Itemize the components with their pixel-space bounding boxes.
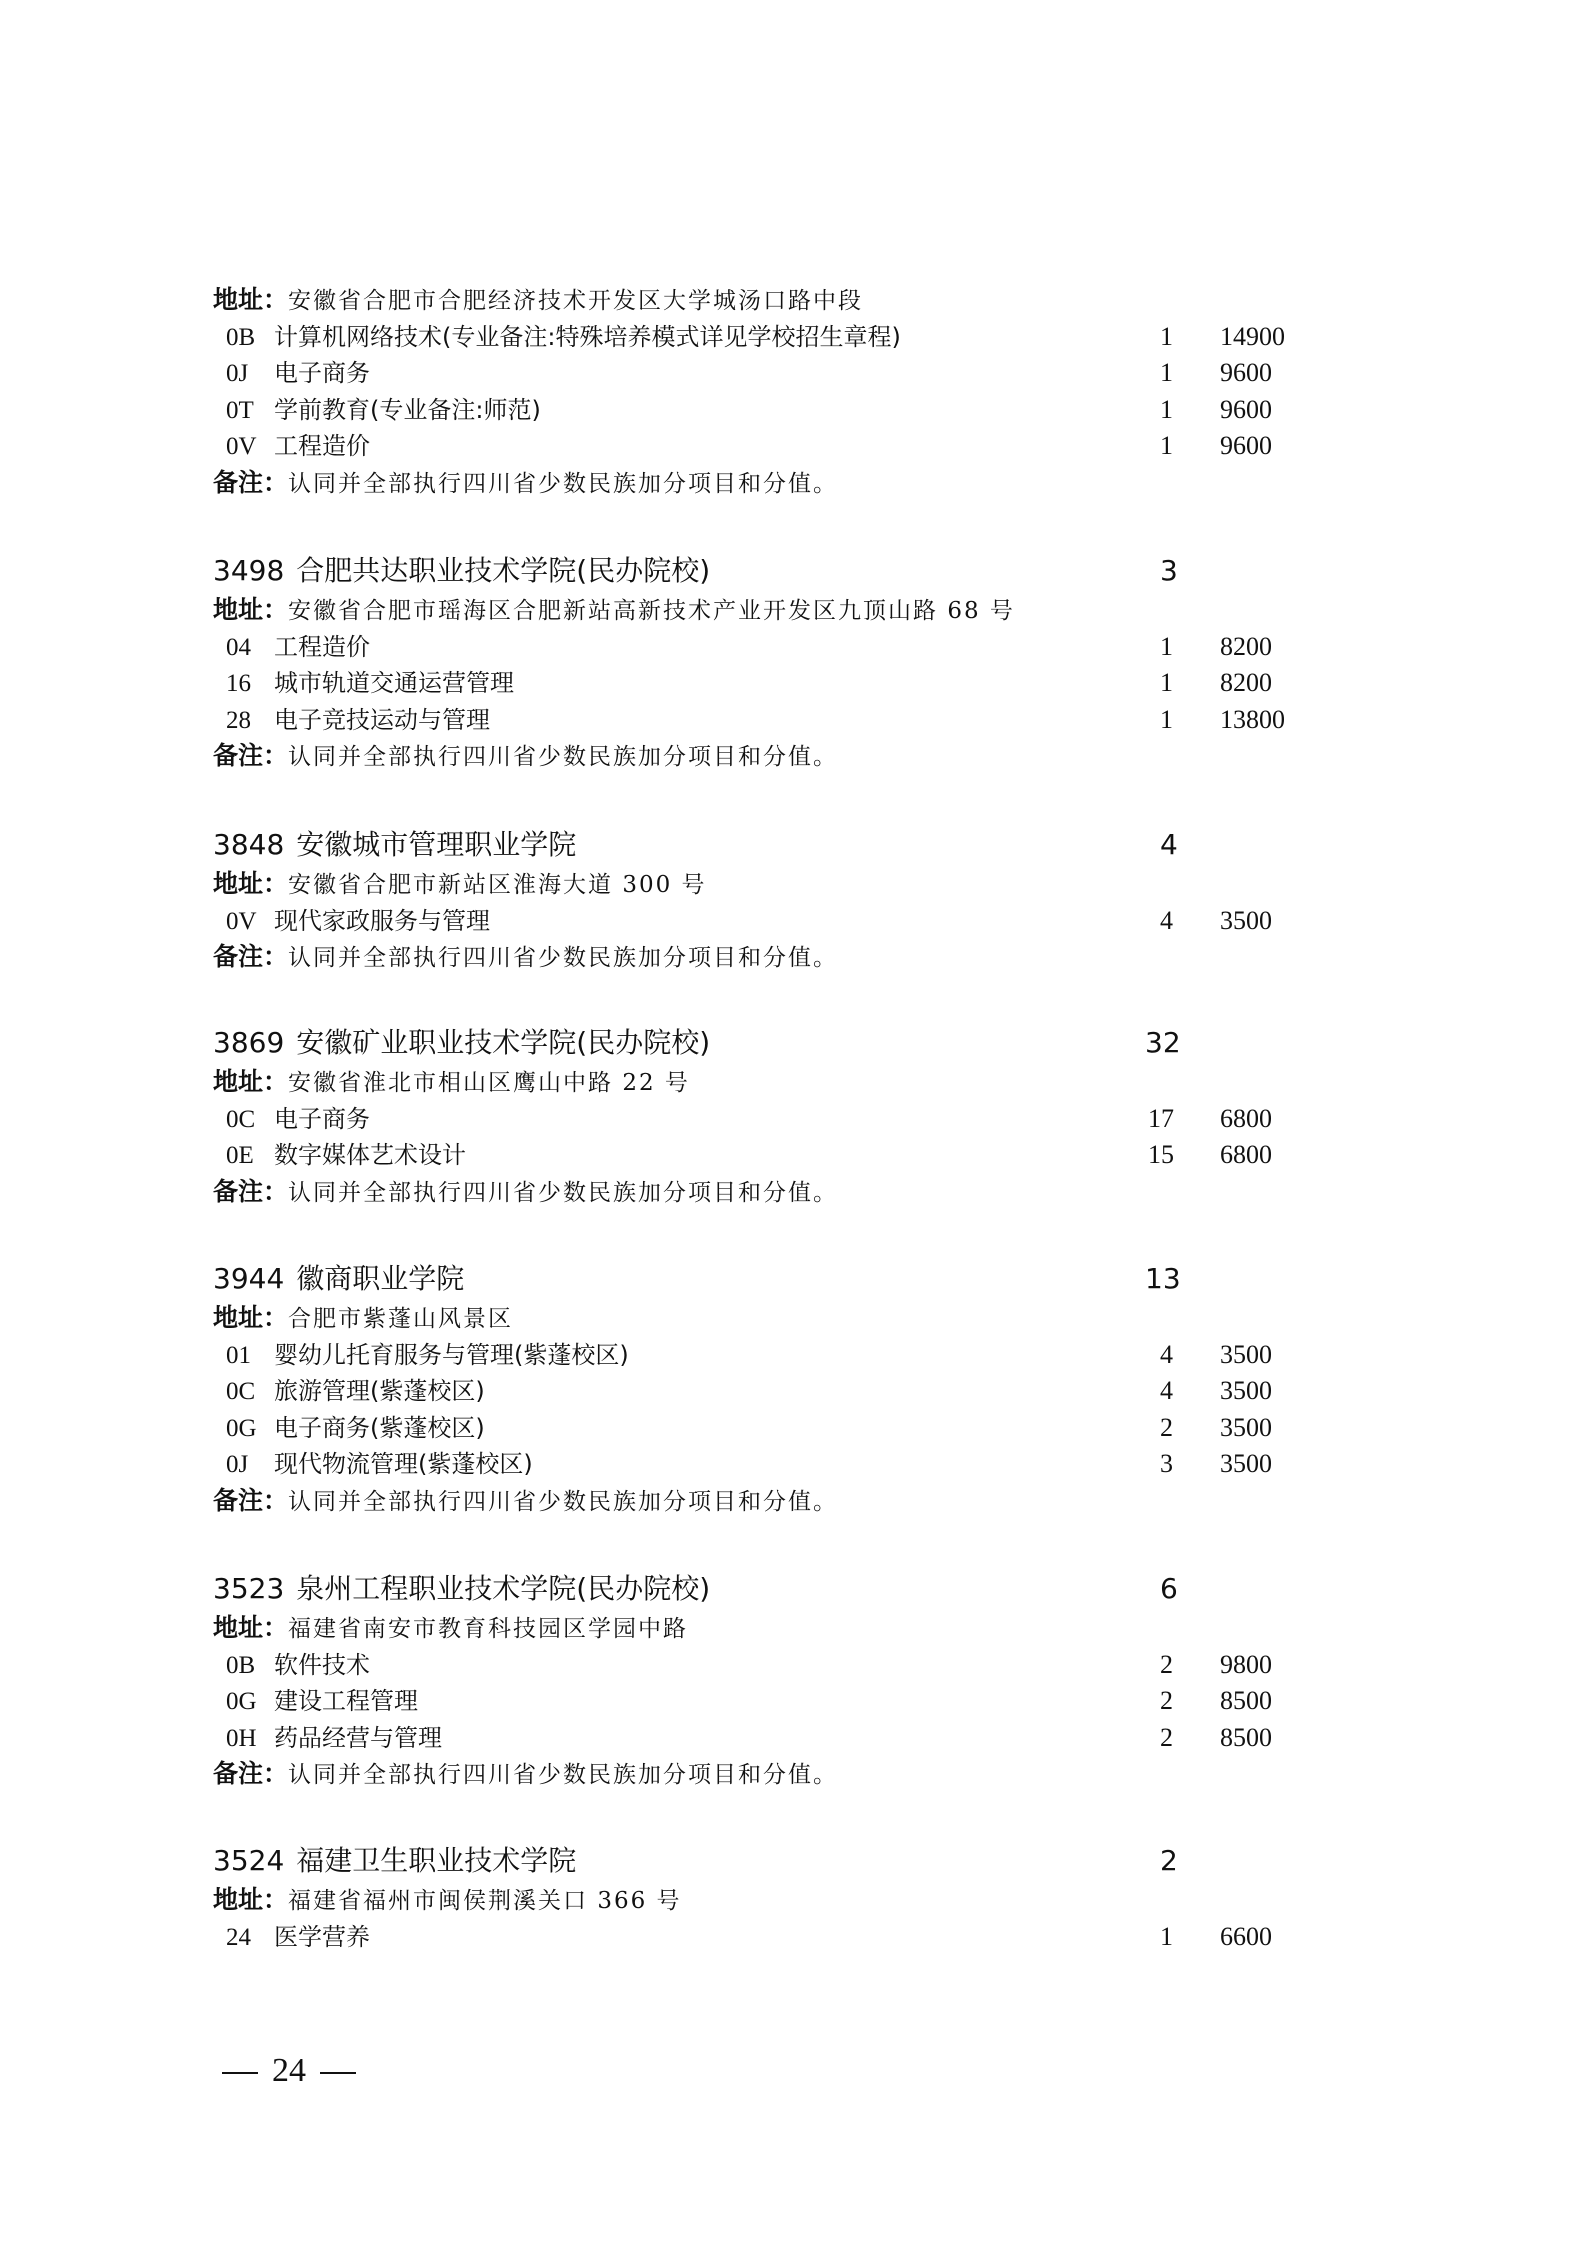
school-name: 安徽城市管理职业学院	[296, 828, 576, 861]
footer-dash-right	[320, 2072, 356, 2074]
school-name: 徽商职业学院	[296, 1262, 464, 1295]
school-block-3523: 3523泉州工程职业技术学院(民办院校) 6 地址：福建省南安市教育科技园区学园…	[213, 1568, 1333, 1793]
major-name: 电子商务	[274, 1105, 370, 1133]
major-count: 2	[1160, 1647, 1220, 1684]
major-row: 0T学前教育(专业备注:师范) 19600	[213, 392, 1333, 429]
school-header: 3498合肥共达职业技术学院(民办院校) 3	[213, 550, 1333, 592]
major-code: 0B	[213, 1648, 274, 1685]
major-code: 0G	[213, 1411, 274, 1448]
major-count: 1	[1160, 428, 1220, 465]
major-name: 城市轨道交通运营管理	[274, 669, 514, 697]
major-row: 16城市轨道交通运营管理 18200	[213, 665, 1333, 702]
major-row: 0V工程造价 19600	[213, 428, 1333, 465]
note-line: 备注：认同并全部执行四川省少数民族加分项目和分值。	[213, 939, 1333, 976]
school-code: 3944	[213, 1262, 284, 1295]
address-line: 地址：合肥市紫蓬山风景区	[213, 1300, 1333, 1337]
address-label: 地址：	[213, 1067, 288, 1096]
major-name: 医学营养	[274, 1923, 370, 1951]
major-code: 0E	[213, 1138, 274, 1175]
major-name: 现代家政服务与管理	[274, 907, 490, 935]
major-name: 电子竞技运动与管理	[274, 706, 490, 734]
address-label: 地址：	[213, 1885, 288, 1914]
school-total: 6	[1160, 1568, 1178, 1610]
major-code: 0C	[213, 1102, 274, 1139]
address-line: 地址：安徽省合肥市合肥经济技术开发区大学城汤口路中段	[213, 282, 1333, 319]
major-fee: 9600	[1220, 392, 1272, 429]
major-fee: 8200	[1220, 665, 1272, 702]
note-text: 认同并全部执行四川省少数民族加分项目和分值。	[288, 1180, 838, 1206]
school-header: 3848安徽城市管理职业学院 4	[213, 824, 1333, 866]
major-code: 04	[213, 630, 274, 667]
major-fee: 3500	[1220, 1446, 1272, 1483]
school-block-3524: 3524福建卫生职业技术学院 2 地址：福建省福州市闽侯荆溪关口 366 号 2…	[213, 1840, 1333, 1955]
major-code: 0G	[213, 1684, 274, 1721]
school-name: 泉州工程职业技术学院(民办院校)	[296, 1572, 710, 1605]
address-text: 福建省南安市教育科技园区学园中路	[288, 1616, 688, 1642]
page-footer: 24	[208, 2052, 370, 2090]
school-header: 3524福建卫生职业技术学院 2	[213, 1840, 1333, 1882]
address-text: 安徽省合肥市瑶海区合肥新站高新技术产业开发区九顶山路 68 号	[288, 598, 1015, 624]
major-row: 0B计算机网络技术(专业备注:特殊培养模式详见学校招生章程) 114900	[213, 319, 1333, 356]
major-fee: 3500	[1220, 903, 1272, 940]
note-label: 备注：	[213, 1486, 288, 1515]
school-total: 3	[1160, 550, 1178, 592]
major-name: 计算机网络技术(专业备注:特殊培养模式详见学校招生章程)	[274, 323, 901, 351]
school-block-3869: 3869安徽矿业职业技术学院(民办院校) 32 地址：安徽省淮北市相山区鹰山中路…	[213, 1022, 1333, 1210]
major-name: 工程造价	[274, 432, 370, 460]
major-row: 0J现代物流管理(紫蓬校区) 33500	[213, 1446, 1333, 1483]
school-block-3944: 3944徽商职业学院 13 地址：合肥市紫蓬山风景区 01婴幼儿托育服务与管理(…	[213, 1258, 1333, 1519]
major-name: 软件技术	[274, 1651, 370, 1679]
major-fee: 3500	[1220, 1373, 1272, 1410]
major-count: 1	[1160, 629, 1220, 666]
major-name: 工程造价	[274, 633, 370, 661]
address-label: 地址：	[213, 869, 288, 898]
major-count: 2	[1160, 1410, 1220, 1447]
school-code: 3498	[213, 554, 284, 587]
school-name: 合肥共达职业技术学院(民办院校)	[296, 554, 710, 587]
major-row: 24医学营养 16600	[213, 1919, 1333, 1956]
note-label: 备注：	[213, 1177, 288, 1206]
school-name: 福建卫生职业技术学院	[296, 1844, 576, 1877]
major-code: 0J	[213, 356, 274, 393]
major-code: 0V	[213, 429, 274, 466]
school-total: 13	[1145, 1258, 1181, 1300]
major-count: 4	[1160, 903, 1220, 940]
address-line: 地址：安徽省合肥市瑶海区合肥新站高新技术产业开发区九顶山路 68 号	[213, 592, 1333, 629]
address-line: 地址：福建省南安市教育科技园区学园中路	[213, 1610, 1333, 1647]
school-total: 2	[1160, 1840, 1178, 1882]
page-number: 24	[272, 2052, 306, 2089]
major-count: 1	[1160, 355, 1220, 392]
major-code: 16	[213, 666, 274, 703]
major-name: 电子商务(紫蓬校区)	[274, 1414, 485, 1442]
major-count: 2	[1160, 1683, 1220, 1720]
major-fee: 13800	[1220, 702, 1285, 739]
school-block-3848: 3848安徽城市管理职业学院 4 地址：安徽省合肥市新站区淮海大道 300 号 …	[213, 824, 1333, 976]
address-line: 地址：安徽省淮北市相山区鹰山中路 22 号	[213, 1064, 1333, 1101]
address-text: 福建省福州市闽侯荆溪关口 366 号	[288, 1888, 682, 1914]
major-row: 0G电子商务(紫蓬校区) 23500	[213, 1410, 1333, 1447]
major-row: 0C旅游管理(紫蓬校区) 43500	[213, 1373, 1333, 1410]
address-label: 地址：	[213, 285, 288, 314]
address-text: 安徽省合肥市合肥经济技术开发区大学城汤口路中段	[288, 288, 863, 314]
note-label: 备注：	[213, 1759, 288, 1788]
note-text: 认同并全部执行四川省少数民族加分项目和分值。	[288, 471, 838, 497]
major-row: 0C电子商务 176800	[213, 1101, 1333, 1138]
address-text: 安徽省合肥市新站区淮海大道 300 号	[288, 872, 707, 898]
school-total: 4	[1160, 824, 1178, 866]
major-row: 0V现代家政服务与管理 43500	[213, 903, 1333, 940]
major-name: 数字媒体艺术设计	[274, 1141, 466, 1169]
note-text: 认同并全部执行四川省少数民族加分项目和分值。	[288, 1762, 838, 1788]
major-count: 1	[1160, 665, 1220, 702]
address-label: 地址：	[213, 1613, 288, 1642]
major-fee: 9600	[1220, 355, 1272, 392]
major-row: 01婴幼儿托育服务与管理(紫蓬校区) 43500	[213, 1337, 1333, 1374]
major-fee: 6800	[1220, 1137, 1272, 1174]
major-count: 1	[1160, 702, 1220, 739]
note-text: 认同并全部执行四川省少数民族加分项目和分值。	[288, 945, 838, 971]
major-name: 婴幼儿托育服务与管理(紫蓬校区)	[274, 1341, 629, 1369]
major-fee: 9600	[1220, 428, 1272, 465]
major-row: 0G建设工程管理 28500	[213, 1683, 1333, 1720]
address-line: 地址：福建省福州市闽侯荆溪关口 366 号	[213, 1882, 1333, 1919]
major-count: 2	[1160, 1720, 1220, 1757]
school-header: 3523泉州工程职业技术学院(民办院校) 6	[213, 1568, 1333, 1610]
major-fee: 9800	[1220, 1647, 1272, 1684]
major-code: 0T	[213, 393, 274, 430]
major-fee: 8500	[1220, 1720, 1272, 1757]
major-code: 28	[213, 703, 274, 740]
major-count: 3	[1160, 1446, 1220, 1483]
major-count: 1	[1160, 392, 1220, 429]
major-code: 24	[213, 1920, 274, 1957]
note-label: 备注：	[213, 942, 288, 971]
school-block-continued: 地址：安徽省合肥市合肥经济技术开发区大学城汤口路中段 0B计算机网络技术(专业备…	[213, 282, 1333, 501]
address-line: 地址：安徽省合肥市新站区淮海大道 300 号	[213, 866, 1333, 903]
major-code: 0J	[213, 1447, 274, 1484]
major-count: 1	[1160, 1919, 1220, 1956]
major-fee: 6600	[1220, 1919, 1272, 1956]
major-row: 0J电子商务 19600	[213, 355, 1333, 392]
major-name: 药品经营与管理	[274, 1724, 442, 1752]
major-name: 现代物流管理(紫蓬校区)	[274, 1450, 533, 1478]
note-line: 备注：认同并全部执行四川省少数民族加分项目和分值。	[213, 738, 1333, 775]
major-name: 旅游管理(紫蓬校区)	[274, 1377, 485, 1405]
major-code: 0C	[213, 1374, 274, 1411]
major-fee: 3500	[1220, 1337, 1272, 1374]
major-name: 电子商务	[274, 359, 370, 387]
major-fee: 6800	[1220, 1101, 1272, 1138]
address-label: 地址：	[213, 1303, 288, 1332]
major-count: 4	[1160, 1337, 1220, 1374]
major-fee: 3500	[1220, 1410, 1272, 1447]
major-code: 0B	[213, 320, 274, 357]
major-count: 4	[1160, 1373, 1220, 1410]
major-row: 0B软件技术 29800	[213, 1647, 1333, 1684]
school-code: 3524	[213, 1844, 284, 1877]
major-count: 15	[1148, 1137, 1208, 1174]
major-name: 学前教育(专业备注:师范)	[274, 396, 541, 424]
note-line: 备注：认同并全部执行四川省少数民族加分项目和分值。	[213, 1483, 1333, 1520]
address-label: 地址：	[213, 595, 288, 624]
school-name: 安徽矿业职业技术学院(民办院校)	[296, 1026, 710, 1059]
major-code: 0H	[213, 1721, 274, 1758]
major-count: 1	[1160, 319, 1220, 356]
note-label: 备注：	[213, 468, 288, 497]
major-row: 04工程造价 18200	[213, 629, 1333, 666]
school-code: 3848	[213, 828, 284, 861]
note-line: 备注：认同并全部执行四川省少数民族加分项目和分值。	[213, 465, 1333, 502]
note-line: 备注：认同并全部执行四川省少数民族加分项目和分值。	[213, 1174, 1333, 1211]
major-count: 17	[1148, 1101, 1208, 1138]
major-fee: 8200	[1220, 629, 1272, 666]
major-row: 0E数字媒体艺术设计 156800	[213, 1137, 1333, 1174]
note-label: 备注：	[213, 741, 288, 770]
address-text: 合肥市紫蓬山风景区	[288, 1306, 513, 1332]
footer-dash-left	[222, 2072, 258, 2074]
major-fee: 14900	[1220, 319, 1285, 356]
major-fee: 8500	[1220, 1683, 1272, 1720]
note-text: 认同并全部执行四川省少数民族加分项目和分值。	[288, 744, 838, 770]
major-row: 0H药品经营与管理 28500	[213, 1720, 1333, 1757]
note-text: 认同并全部执行四川省少数民族加分项目和分值。	[288, 1489, 838, 1515]
school-header: 3944徽商职业学院 13	[213, 1258, 1333, 1300]
school-header: 3869安徽矿业职业技术学院(民办院校) 32	[213, 1022, 1333, 1064]
major-code: 0V	[213, 904, 274, 941]
major-row: 28电子竞技运动与管理 113800	[213, 702, 1333, 739]
major-code: 01	[213, 1338, 274, 1375]
major-name: 建设工程管理	[274, 1687, 418, 1715]
note-line: 备注：认同并全部执行四川省少数民族加分项目和分值。	[213, 1756, 1333, 1793]
school-code: 3869	[213, 1026, 284, 1059]
document-page: 地址：安徽省合肥市合肥经济技术开发区大学城汤口路中段 0B计算机网络技术(专业备…	[0, 0, 1587, 2245]
school-total: 32	[1145, 1022, 1181, 1064]
school-code: 3523	[213, 1572, 284, 1605]
school-block-3498: 3498合肥共达职业技术学院(民办院校) 3 地址：安徽省合肥市瑶海区合肥新站高…	[213, 550, 1333, 775]
address-text: 安徽省淮北市相山区鹰山中路 22 号	[288, 1070, 690, 1096]
